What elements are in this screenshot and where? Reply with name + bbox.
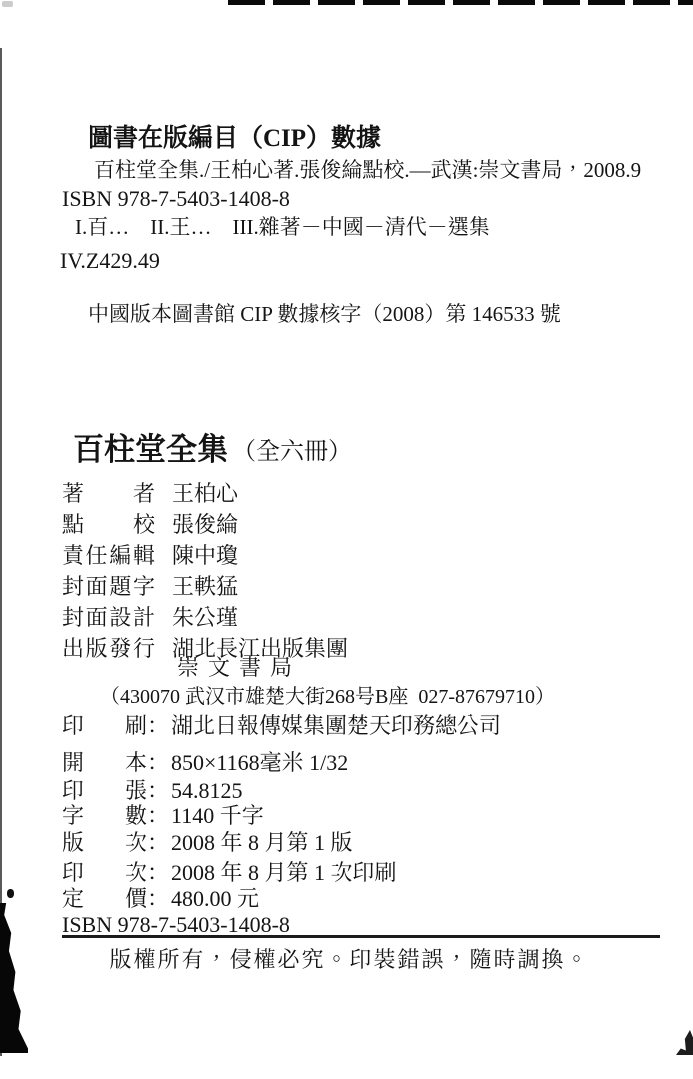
print-colon: ： — [147, 803, 169, 828]
print-value: 1140 千字 — [171, 803, 264, 828]
cip-classification-line1: I.百… II.王… III.雜著－中國－清代－選集 — [75, 215, 490, 241]
print-value: 湖北日報傳媒集團楚天印務總公司 — [171, 713, 501, 738]
print-colon: ： — [147, 778, 169, 803]
credit-value: 張俊綸 — [172, 512, 238, 537]
credit-row-cover-design: 封面設計 朱公瑾 — [62, 605, 238, 630]
scan-artifact-left-dot — [7, 889, 14, 898]
credit-label: 出版發行 — [62, 636, 155, 661]
credit-label: 封面題字 — [62, 574, 155, 599]
cip-description: 百柱堂全集./王柏心著.張俊綸點校.—武漢:崇文書局，2008.9 — [94, 158, 641, 184]
print-row-word-count: 字數： 1140 千字 — [62, 803, 264, 828]
print-colon: ： — [147, 750, 169, 775]
print-row-price: 定價： 480.00 元 — [62, 886, 259, 911]
print-colon: ： — [147, 830, 169, 855]
scan-artifact-bottomleft-blob — [0, 903, 28, 1053]
credit-label: 點校 — [62, 512, 155, 537]
print-label: 印刷 — [62, 713, 147, 738]
horizontal-rule — [62, 935, 660, 938]
print-value: 480.00 元 — [171, 886, 259, 911]
print-row-sheets: 印張： 54.8125 — [62, 778, 243, 803]
credit-label: 封面設計 — [62, 605, 155, 630]
print-label: 印次 — [62, 860, 147, 885]
credit-row-cover-calligraphy: 封面題字 王軼猛 — [62, 574, 238, 599]
print-colon: ： — [147, 860, 169, 885]
print-row-printer: 印刷： 湖北日報傳媒集團楚天印務總公司 — [62, 713, 501, 738]
print-value: 850×1168毫米 1/32 — [171, 750, 348, 775]
cip-classification-line2: IV.Z429.49 — [60, 248, 160, 275]
print-label: 版次 — [62, 830, 147, 855]
credit-value: 陳中瓊 — [172, 543, 238, 568]
credit-value: 朱公瑾 — [172, 605, 238, 630]
print-label: 字數 — [62, 803, 147, 828]
scan-artifact-topleft-smudge — [2, 1, 13, 7]
print-value: 2008 年 8 月第 1 次印刷 — [171, 860, 397, 885]
print-row-impression: 印次： 2008 年 8 月第 1 次印刷 — [62, 860, 397, 885]
book-title-row: 百柱堂全集 （全六冊） — [73, 432, 352, 468]
copyright-notice: 版權所有，侵權必究。印裝錯誤，隨時調換。 — [62, 947, 637, 974]
publisher-name: 崇文書局 — [177, 655, 301, 682]
publisher-address: （430070 武汉市雄楚大街268号B座 027-87679710） — [100, 685, 555, 709]
credit-value: 王柏心 — [172, 481, 238, 506]
credit-row-author: 著者 王柏心 — [62, 481, 238, 506]
book-volume-note: （全六冊） — [232, 438, 352, 468]
cip-heading: 圖書在版編目（CIP）數據 — [88, 124, 381, 155]
scan-artifact-bottomright-smudge — [676, 1030, 693, 1055]
scan-artifact-top-edge — [228, 0, 693, 5]
print-row-edition: 版次： 2008 年 8 月第 1 版 — [62, 830, 353, 855]
book-title: 百柱堂全集 — [73, 432, 228, 468]
print-label: 定價 — [62, 886, 147, 911]
cip-registration-number: 中國版本圖書館 CIP 數據核字（2008）第 146533 號 — [88, 302, 561, 328]
print-row-format: 開本： 850×1168毫米 1/32 — [62, 750, 348, 775]
print-value: 2008 年 8 月第 1 版 — [171, 830, 353, 855]
credit-label: 著者 — [62, 481, 155, 506]
print-label: 開本 — [62, 750, 147, 775]
credit-label: 責任編輯 — [62, 543, 155, 568]
credit-row-editor: 責任編輯 陳中瓊 — [62, 543, 238, 568]
print-value: 54.8125 — [171, 778, 243, 803]
print-colon: ： — [147, 886, 169, 911]
credit-row-collator: 點校 張俊綸 — [62, 512, 238, 537]
print-colon: ： — [147, 713, 169, 738]
print-label: 印張 — [62, 778, 147, 803]
cip-isbn: ISBN 978-7-5403-1408-8 — [62, 186, 290, 213]
credit-value: 王軼猛 — [172, 574, 238, 599]
